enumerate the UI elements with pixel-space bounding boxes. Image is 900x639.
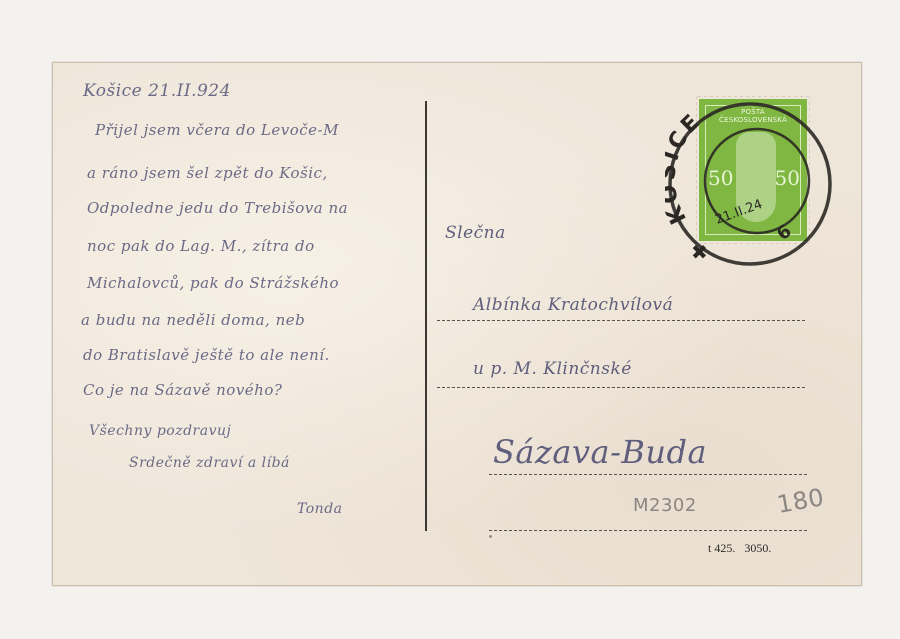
address-line-2 <box>437 387 805 388</box>
spot <box>489 535 492 538</box>
message-line: a ráno jsem šel zpět do Košic, <box>87 164 328 182</box>
pencil-price: 180 <box>775 483 826 519</box>
message-line: a budu na neděli doma, neb <box>81 311 305 329</box>
postage-stamp: POŠTA ČESKOSLOVENSKÁ 50 50 <box>697 97 809 243</box>
message-line: Michalovců, pak do Strážského <box>87 274 339 292</box>
message-line: Všechny pozdravuj <box>89 423 231 439</box>
stamp-figure-icon <box>736 132 776 222</box>
address-care-of: u p. M. Klinčnské <box>473 359 632 379</box>
center-divider <box>425 101 427 531</box>
stamp-value-left: 50 <box>708 166 733 190</box>
address-town: Sázava-Buda <box>493 433 707 471</box>
address-salutation: Slečna <box>445 223 506 243</box>
closing: Srdečně zdraví a líbá <box>129 455 290 471</box>
stamp-frame: POŠTA ČESKOSLOVENSKÁ 50 50 <box>705 105 801 235</box>
message-line: Co je na Sázavě nového? <box>83 381 282 399</box>
postcard: Košice 21.II.924 Přijel jsem včera do Le… <box>52 62 862 586</box>
address-line-3 <box>489 474 807 475</box>
message-line: do Bratislavě ještě to ale není. <box>83 346 330 364</box>
message-line: Přijel jsem včera do Levoče-M <box>95 121 339 139</box>
dateline: Košice 21.II.924 <box>83 81 231 101</box>
signature: Tonda <box>297 501 343 517</box>
address-name: Albínka Kratochvílová <box>473 295 673 315</box>
pencil-catalog-number: M2302 <box>633 495 697 516</box>
address-line-1 <box>437 320 805 321</box>
printer-mark: t 425. 3050. <box>708 541 771 556</box>
address-line-4 <box>489 530 807 531</box>
message-line: noc pak do Lag. M., zítra do <box>87 237 315 255</box>
svg-text:✖: ✖ <box>691 240 708 264</box>
stamp-value-right: 50 <box>775 166 800 190</box>
message-line: Odpoledne jedu do Trebišova na <box>87 199 348 217</box>
stamp-country: POŠTA ČESKOSLOVENSKÁ <box>706 108 800 124</box>
